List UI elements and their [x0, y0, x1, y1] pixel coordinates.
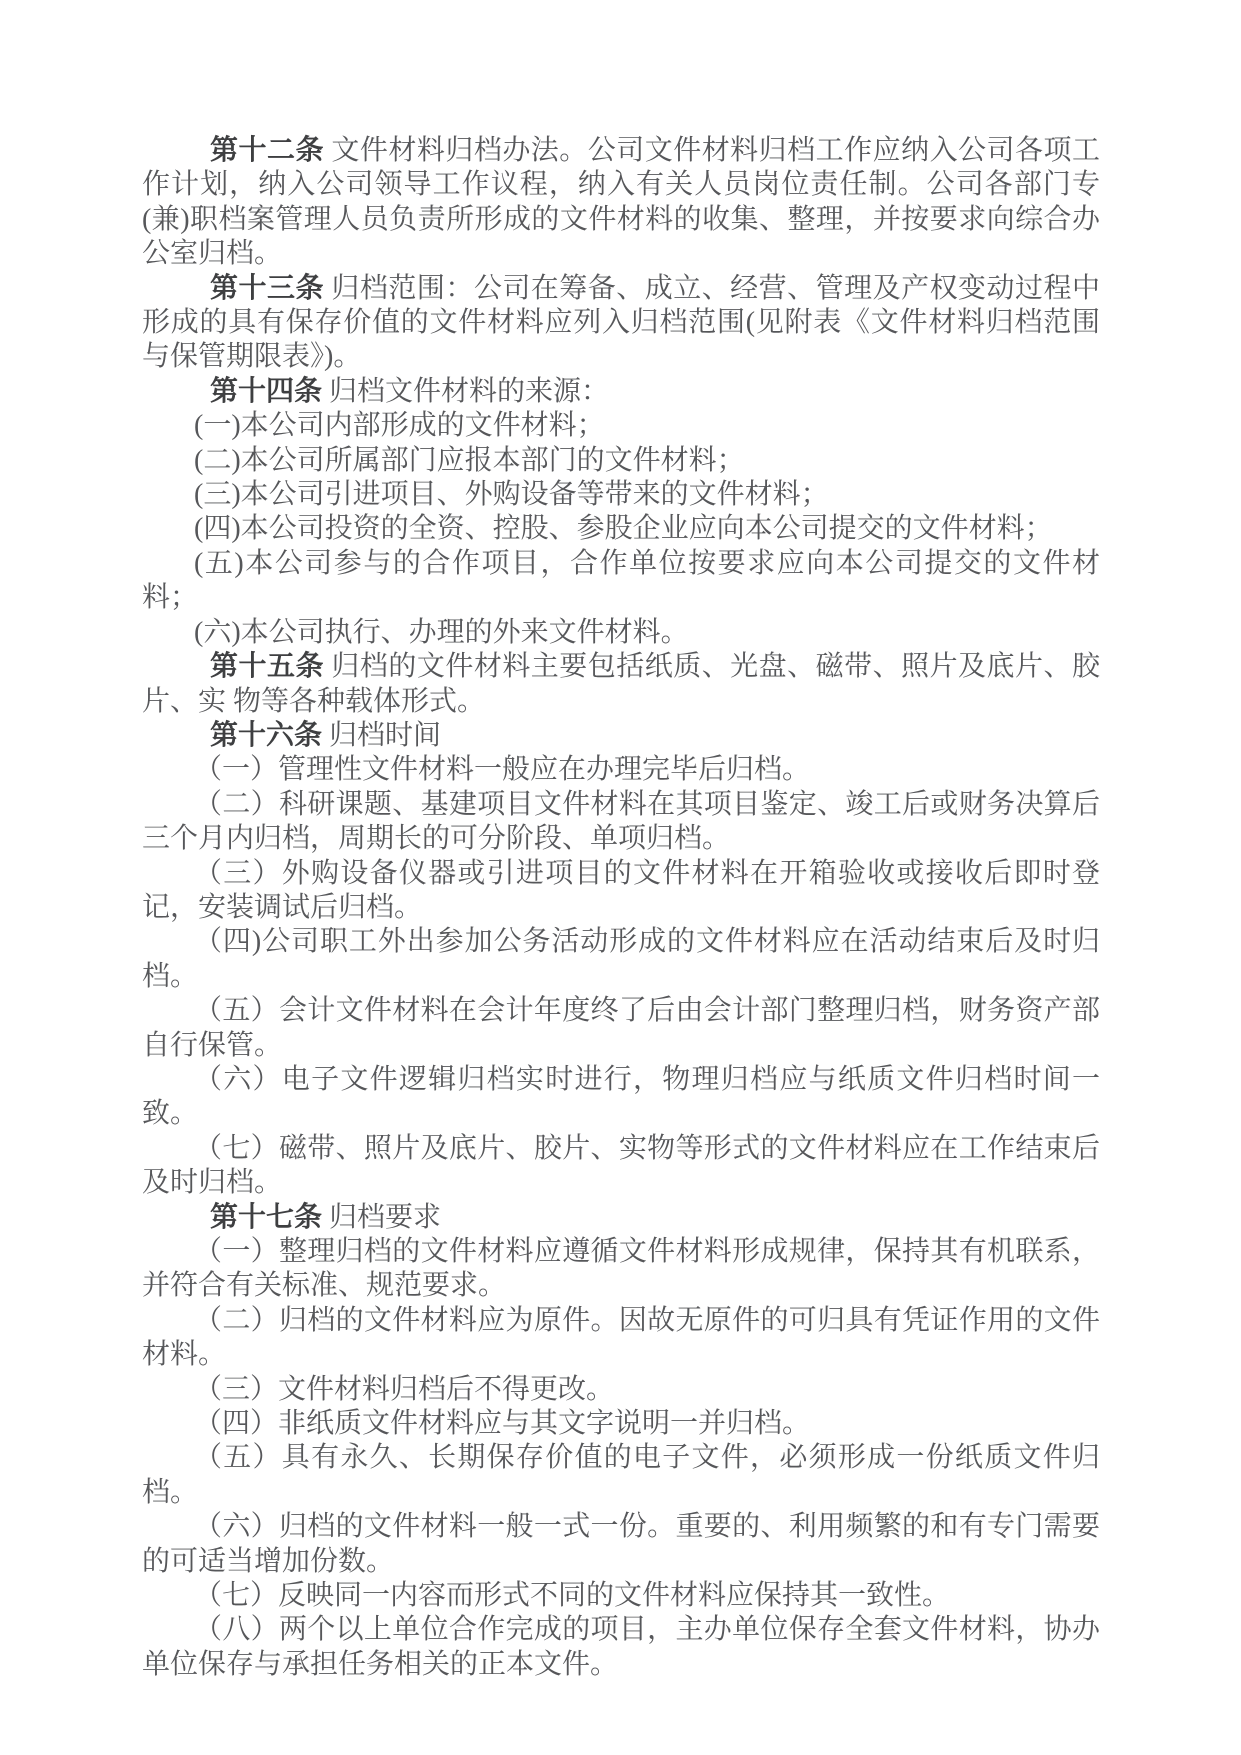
list-item-paragraph: （一）管理性文件材料一般应在办理完毕后归档。	[142, 753, 1100, 787]
article-number: 第十四条	[210, 376, 322, 407]
list-item-paragraph: （二）科研课题、基建项目文件材料在其项目鉴定、竣工后或财务决算后三个月内归档，周…	[142, 788, 1100, 857]
list-item-paragraph: （一）整理归档的文件材料应遵循文件材料形成规律，保持其有机联系，并符合有关标准、…	[142, 1235, 1100, 1304]
list-item-paragraph: (五)本公司参与的合作项目，合作单位按要求应向本公司提交的文件材料；	[142, 547, 1100, 616]
list-item-paragraph: （四）非纸质文件材料应与其文字说明一并归档。	[142, 1407, 1100, 1441]
list-item-paragraph: （五）会计文件材料在会计年度终了后由会计部门整理归档，财务资产部自行保管。	[142, 994, 1100, 1063]
article-paragraph: 第十五条 归档的文件材料主要包括纸质、光盘、磁带、照片及底片、胶片、实 物等各种…	[142, 650, 1100, 719]
article-number: 第十二条	[210, 135, 324, 166]
article-paragraph: 第十四条 归档文件材料的来源：	[142, 375, 1100, 409]
list-item-paragraph: （三）文件材料归档后不得更改。	[142, 1373, 1100, 1407]
list-item-paragraph: (六)本公司执行、办理的外来文件材料。	[142, 616, 1100, 650]
article-paragraph: 第十七条 归档要求	[142, 1201, 1100, 1235]
list-item-paragraph: （七）反映同一内容而形式不同的文件材料应保持其一致性。	[142, 1579, 1100, 1613]
article-paragraph: 第十二条 文件材料归档办法。公司文件材料归档工作应纳入公司各项工作计划，纳入公司…	[142, 134, 1100, 272]
list-item-paragraph: （八）两个以上单位合作完成的项目，主办单位保存全套文件材料，协办单位保存与承担任…	[142, 1613, 1100, 1682]
article-number: 第十七条	[210, 1202, 322, 1233]
list-item-paragraph: (二)本公司所属部门应报本部门的文件材料；	[142, 444, 1100, 478]
list-item-paragraph: (一)本公司内部形成的文件材料；	[142, 409, 1100, 443]
list-item-paragraph: （三）外购设备仪器或引进项目的文件材料在开箱验收或接收后即时登记，安装调试后归档…	[142, 857, 1100, 926]
list-item-paragraph: （二）归档的文件材料应为原件。因故无原件的可归具有凭证作用的文件材料。	[142, 1304, 1100, 1373]
article-number: 第十三条	[210, 273, 324, 304]
list-item-paragraph: (四)本公司投资的全资、控股、参股企业应向本公司提交的文件材料；	[142, 512, 1100, 546]
article-number: 第十六条	[210, 720, 322, 751]
list-item-paragraph: （四)公司职工外出参加公务活动形成的文件材料应在活动结束后及时归档。	[142, 925, 1100, 994]
document-page: 第十二条 文件材料归档办法。公司文件材料归档工作应纳入公司各项工作计划，纳入公司…	[0, 0, 1241, 1755]
list-item-paragraph: （六）电子文件逻辑归档实时进行，物理归档应与纸质文件归档时间一致。	[142, 1063, 1100, 1132]
article-number: 第十五条	[210, 651, 324, 682]
article-paragraph: 第十三条 归档范围：公司在筹备、成立、经营、管理及产权变动过程中形成的具有保存价…	[142, 272, 1100, 375]
document-body: 第十二条 文件材料归档办法。公司文件材料归档工作应纳入公司各项工作计划，纳入公司…	[142, 134, 1100, 1682]
article-paragraph: 第十六条 归档时间	[142, 719, 1100, 753]
list-item-paragraph: （五）具有永久、长期保存价值的电子文件，必须形成一份纸质文件归档。	[142, 1441, 1100, 1510]
list-item-paragraph: （七）磁带、照片及底片、胶片、实物等形式的文件材料应在工作结束后及时归档。	[142, 1132, 1100, 1201]
list-item-paragraph: (三)本公司引进项目、外购设备等带来的文件材料；	[142, 478, 1100, 512]
list-item-paragraph: （六）归档的文件材料一般一式一份。重要的、利用频繁的和有专门需要的可适当增加份数…	[142, 1510, 1100, 1579]
